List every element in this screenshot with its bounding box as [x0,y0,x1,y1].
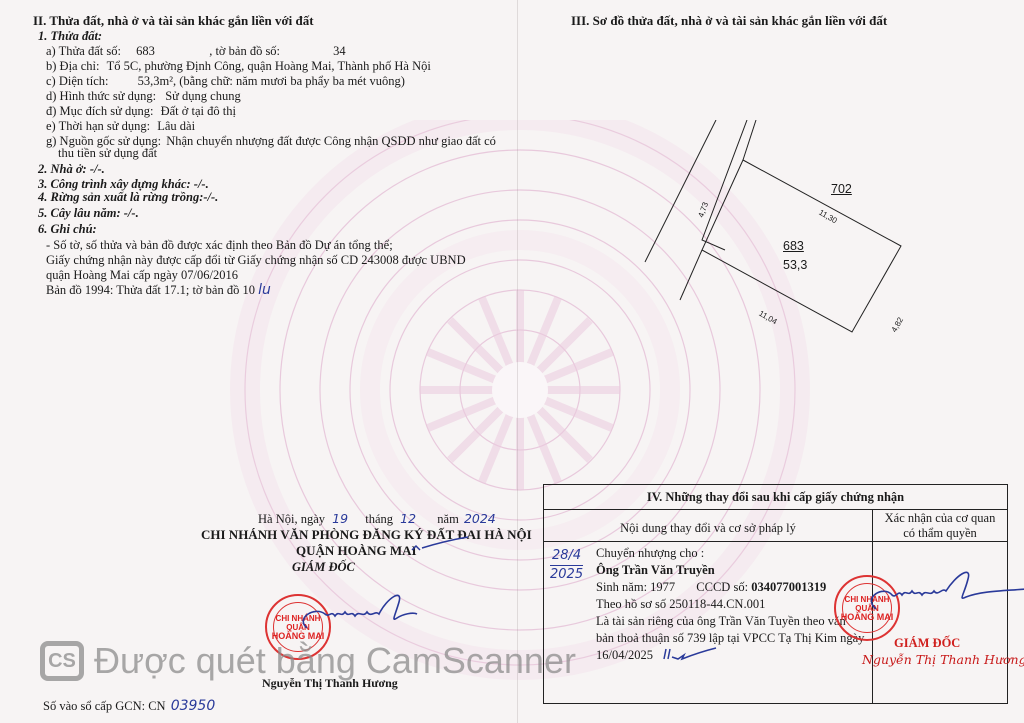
entry-line: Chuyển nhượng cho : [596,545,704,561]
other-works-item: 3. Công trình xây dựng khác: -/-. [38,177,209,191]
date-year: 2025 [550,566,583,584]
forest-item: 4. Rừng sản xuất là rừng trồng:-/-. [38,190,218,204]
use-form-value: Sử dụng chung [159,89,241,103]
stamp-line: HOÀNG MAI [841,613,894,622]
area-value: 53,3m², (bằng chữ: năm mươi ba phẩy ba m… [112,74,405,88]
purpose-row: đ) Mục đích sử dụng: Đất ở tại đô thị [46,104,236,118]
parcel-subheading: 1. Thửa đất: [38,29,102,43]
parcel-number-label: a) Thửa đất số: [46,44,121,58]
entry-birth-year: Sinh năm: 1977 [596,580,675,594]
term-value: Lâu dài [153,119,195,133]
changes-table: IV. Những thay đổi sau khi cấp giấy chứn… [543,484,1008,704]
place-date-prefix: Hà Nội, ngày [258,512,325,526]
address-label: b) Địa chỉ: [46,59,99,73]
entry-note: bản thoả thuận số 739 lập tại VPCC Tạ Th… [596,630,864,646]
stamp-line: CHI NHÁNH [276,614,321,623]
map-sheet-value: 34 [283,44,346,58]
year-label: năm [437,512,459,526]
entry-recipient: Ông Trần Văn Truyền [596,562,715,578]
parcel-number-label-diagram: 683 [783,239,804,253]
column-header-content: Nội dung thay đổi và cơ sở pháp lý [544,520,872,536]
confirmation-signer-name: Nguyễn Thị Thanh Hương [862,652,1024,668]
director-title: GIÁM ĐỐC [292,560,355,574]
column-header-line: Xác nhận của cơ quan [873,511,1007,526]
address-value: Tổ 5C, phường Định Công, quận Hoàng Mai,… [103,59,431,73]
issuing-district: QUẬN HOÀNG MAI [296,544,417,558]
entry-initial-icon [662,645,717,663]
house-item: 2. Nhà ở: -/-. [38,162,105,176]
entry-id-row: Sinh năm: 1977 CCCD số: 034077001319 [596,579,826,595]
camscanner-logo-icon: CS [40,641,84,681]
date-year: 2024 [462,511,496,526]
confirmation-stamp-icon: CHI NHÁNH QUẬN HOÀNG MAI [834,575,900,641]
term-row: e) Thời hạn sử dụng: Lâu dài [46,119,195,133]
page-fold-line [517,0,518,723]
parcel-area-label-diagram: 53,3 [783,258,807,272]
parcel-number-row: a) Thửa đất số: 683 , tờ bản đồ số: 34 [46,44,346,58]
stamp-line: CHI NHÁNH [845,595,890,604]
date-day: 19 [328,512,362,526]
changes-table-title: IV. Những thay đổi sau khi cấp giấy chứn… [544,489,1007,505]
entry-dossier: Theo hồ sơ số 250118-44.CN.001 [596,596,765,612]
confirmation-title: GIÁM ĐỐC [894,635,960,651]
camscanner-watermark: CS Được quét bằng CamScanner [40,640,576,682]
entry-id-label: CCCD số: [678,580,748,594]
section3-heading: III. Sơ đồ thửa đất, nhà ở và tài sản kh… [571,14,887,28]
perennial-item: 5. Cây lâu năm: -/-. [38,206,139,220]
note-line: - Số tờ, số thửa và bản đồ được xác định… [46,238,393,252]
term-label: e) Thời hạn sử dụng: [46,119,150,133]
handwritten-initials: lu [258,282,271,298]
camscanner-text: Được quét bằng CamScanner [94,640,576,682]
neighbor-parcel-label: 702 [831,182,852,196]
issuing-office: CHI NHÁNH VĂN PHÒNG ĐĂNG KÝ ĐẤT ĐAI HÀ N… [201,528,532,542]
date-month: 12 [396,512,434,526]
register-number-row: Số vào sổ cấp GCN: CN 03950 [43,699,215,713]
origin-value-cont: thu tiền sử dụng đất [58,146,157,160]
place-date: Hà Nội, ngày 19 tháng 12 năm 2024 [258,512,496,526]
address-row: b) Địa chỉ: Tổ 5C, phường Định Công, quậ… [46,59,431,73]
note-line: Bản đồ 1994: Thửa đất 17.1; tờ bản đồ 10… [46,283,271,297]
area-row: c) Diện tích: 53,3m², (bằng chữ: năm mươ… [46,74,405,88]
column-header-line: có thẩm quyền [873,526,1007,541]
land-certificate-page: II. Thửa đất, nhà ở và tài sản khác gắn … [0,0,1024,723]
register-number: 03950 [169,698,216,714]
month-label: tháng [365,512,393,526]
note-text: Bản đồ 1994: Thửa đất 17.1; tờ bản đồ 10 [46,283,255,297]
use-form-row: d) Hình thức sử dụng: Sử dụng chung [46,89,241,103]
note-line: quận Hoàng Mai cấp ngày 07/06/2016 [46,268,238,282]
date-day-month: 28/4 [550,547,583,566]
area-label: c) Diện tích: [46,74,108,88]
purpose-value: Đất ở tại đô thị [157,104,236,118]
use-form-label: d) Hình thức sử dụng: [46,89,156,103]
column-header-confirmation: Xác nhận của cơ quan có thẩm quyền [873,511,1007,541]
map-sheet-label: , tờ bản đồ số: [209,44,280,58]
note-line: Giấy chứng nhận này được cấp đổi từ Giấy… [46,253,466,267]
register-label: Số vào sổ cấp GCN: CN [43,699,166,713]
entry-note: 16/04/2025 [596,647,653,663]
entry-id-number: 034077001319 [751,580,826,594]
origin-value: Nhận chuyển nhượng đất được Công nhận QS… [164,134,496,148]
notes-heading: 6. Ghi chú: [38,222,97,236]
entry-note: Là tài sản riêng của ông Trần Văn Tuyền … [596,613,846,629]
entry-handwritten-date: 28/4 2025 [550,547,583,584]
section2-heading: II. Thửa đất, nhà ở và tài sản khác gắn … [33,14,314,28]
parcel-number-value: 683 [124,44,206,58]
purpose-label: đ) Mục đích sử dụng: [46,104,153,118]
